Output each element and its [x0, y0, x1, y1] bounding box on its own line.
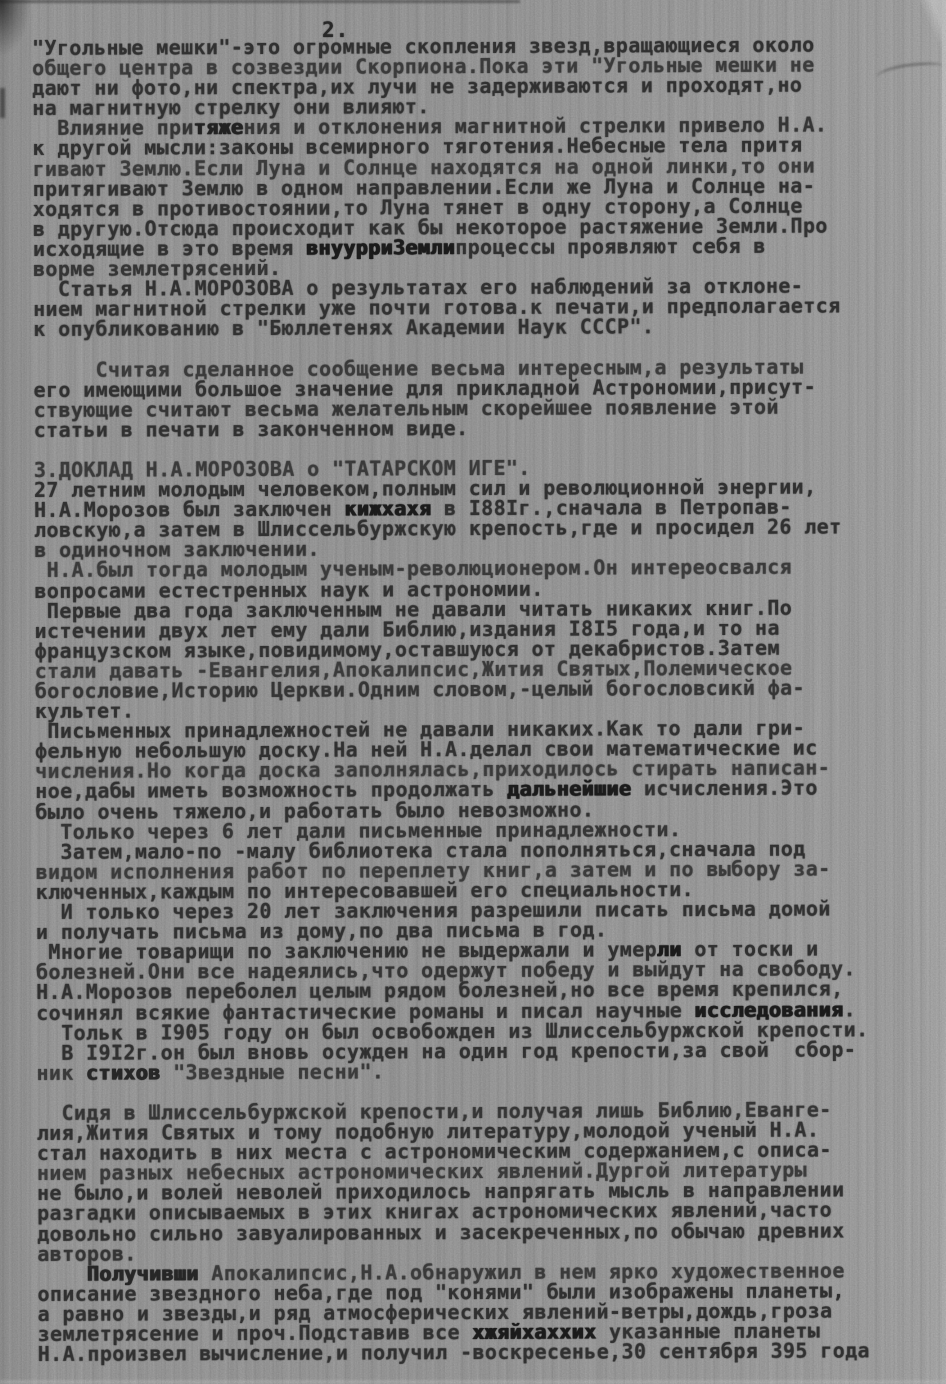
- text-line: Получивши Апокалипсис,Н.А.обнаружил в не…: [37, 1260, 917, 1284]
- text-line: Н.А.был тогда молодым ученым-революционе…: [34, 557, 914, 581]
- text-line: числения.Но когда доска заполнялась,прих…: [35, 758, 915, 782]
- document-text: "Угольные мешки"-это огромные скопления …: [32, 34, 918, 1364]
- scan-top-edge: [0, 0, 520, 3]
- scan-corner-smudge: [0, 0, 30, 56]
- text-line: Влияние притяжения и отклонения магнитно…: [32, 115, 912, 139]
- scanned-page: 2. "Угольные мешки"-это огромные скоплен…: [0, 0, 946, 1384]
- text-line: Н.А.произвел вычисление,и получил -воскр…: [38, 1340, 918, 1364]
- text-line: ствующие считают весьма желательным скор…: [34, 396, 914, 420]
- text-line: Считая сделанное сообщение весьма интере…: [33, 356, 913, 380]
- scan-right-edge: [942, 0, 946, 1384]
- text-line: Только через 6 лет дали письменные прина…: [35, 818, 915, 842]
- text-line: ник стихов "Звездные песни".: [36, 1059, 916, 1083]
- text-line: общего центра в созвездии Скорпиона.Пока…: [32, 54, 912, 78]
- text-line: ворме землетрясений.: [33, 255, 913, 279]
- text-line: богословие,Историю Церкви.Одним словом,-…: [35, 677, 915, 701]
- text-line: болезней.Они все надеялись,что одержут п…: [36, 958, 916, 982]
- text-line: нием разных небесных астрономических явл…: [37, 1159, 917, 1183]
- text-line: гивают Землю.Если Луна и Солнце находятс…: [33, 155, 913, 179]
- scan-left-mark: [0, 88, 5, 118]
- text-line: З.ДОКЛАД Н.А.МОРОЗОВА о "ТАТАРСКОМ ИГЕ".: [34, 456, 914, 480]
- text-line: Сидя в Шлиссельбуржской крепости,и получ…: [37, 1099, 917, 1123]
- text-line: видом исполнения работ по переплету книг…: [36, 858, 916, 882]
- scan-torn-corner: [912, 0, 946, 52]
- scan-bottom-edge: [0, 1380, 946, 1384]
